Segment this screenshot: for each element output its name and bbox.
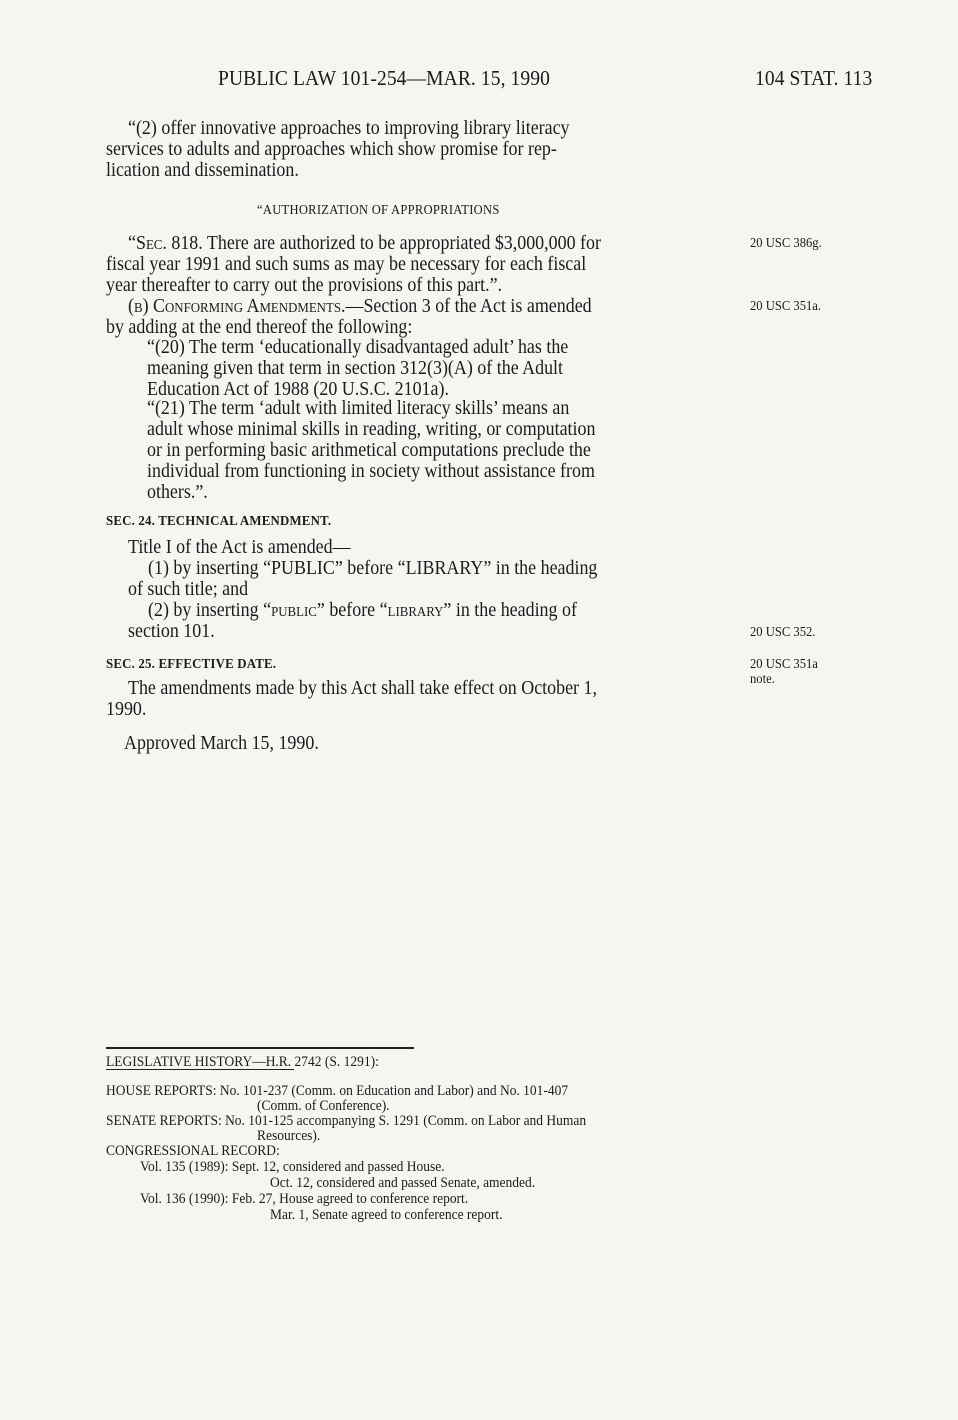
senate-reports-cont: Resources). [257,1129,320,1144]
approval-date: Approved March 15, 1990. [124,733,319,755]
record-vol-135: Vol. 135 (1989): Sept. 12, considered an… [140,1160,445,1175]
text-line: (2) by inserting “public” before “librar… [148,600,724,621]
section-24-heading: SEC. 24. TECHNICAL AMENDMENT. [106,514,331,530]
running-header-title: PUBLIC LAW 101-254—MAR. 15, 1990 [218,66,550,91]
text-line: (1) by inserting “PUBLIC” before “LIBRAR… [148,558,724,579]
margin-note-351a: 20 USC 351a. [750,299,821,314]
margin-note-line: note. [750,672,818,687]
text-line: Education Act of 1988 (20 U.S.C. 2101a). [147,379,723,400]
margin-note-351a-note: 20 USC 351a note. [750,657,818,687]
house-reports-line: HOUSE REPORTS: No. 101-237 (Comm. on Edu… [106,1084,568,1099]
margin-note-line: 20 USC 351a [750,657,818,672]
text-line: “(20) The term ‘educationally disadvanta… [147,337,723,358]
text-line: lication and dissemination. [106,160,682,181]
text-line: adult whose minimal skills in reading, w… [147,419,723,440]
senate-reports-line: SENATE REPORTS: No. 101-125 accompanying… [106,1114,586,1129]
record-vol-135-cont: Oct. 12, considered and passed Senate, a… [270,1176,535,1191]
text-line: “(21) The term ‘adult with limited liter… [147,398,723,419]
text-line: fiscal year 1991 and such sums as may be… [106,254,682,275]
text-line: of such title; and [128,579,704,600]
text-span: ” before “ [317,600,388,621]
text-line: year thereafter to carry out the provisi… [106,275,682,296]
text-span: public [271,600,317,621]
text-line: The amendments made by this Act shall ta… [128,678,704,699]
text-span: ” in the heading of [443,600,577,621]
section-25-heading: SEC. 25. EFFECTIVE DATE. [106,657,276,673]
title-underline [106,1069,294,1070]
record-vol-136: Vol. 136 (1990): Feb. 27, House agreed t… [140,1192,468,1207]
text-line: “(2) offer innovative approaches to impr… [128,118,684,139]
legislative-history-title: LEGISLATIVE HISTORY—H.R. 2742 (S. 1291): [106,1055,379,1070]
text-line: or in performing basic arithmetical comp… [147,440,723,461]
text-line: meaning given that term in section 312(3… [147,358,723,379]
congressional-record-label: CONGRESSIONAL RECORD: [106,1144,280,1159]
footnote-divider [106,1047,414,1049]
text-span: There are authorized to be appropriated … [203,233,601,254]
text-span: library [388,600,444,621]
margin-note-352: 20 USC 352. [750,625,815,640]
text-line: by adding at the end thereof the followi… [106,317,682,338]
text-line: 1990. [106,699,682,720]
text-line: Title I of the Act is amended— [128,537,704,558]
text-line: “Sec. 818. There are authorized to be ap… [128,233,704,254]
text-line: others.”. [147,482,723,503]
record-vol-136-cont: Mar. 1, Senate agreed to conference repo… [270,1208,503,1223]
text-line: (b) Conforming Amendments.—Section 3 of … [128,296,704,317]
text-span: (2) by inserting “ [148,600,271,621]
subsection-label: (b) Conforming Amendments. [128,296,346,317]
text-line: individual from functioning in society w… [147,461,723,482]
margin-note-386g: 20 USC 386g. [750,236,822,251]
house-reports-cont: (Comm. of Conference). [257,1099,390,1114]
text-line: services to adults and approaches which … [106,139,682,160]
text-line: section 101. [128,621,704,642]
section-heading-authorization: “AUTHORIZATION OF APPROPRIATIONS [257,202,500,218]
page-stat-number: 104 STAT. 113 [755,66,872,91]
section-label: “Sec. 818. [128,233,203,254]
text-span: —Section 3 of the Act is amended [346,296,592,317]
